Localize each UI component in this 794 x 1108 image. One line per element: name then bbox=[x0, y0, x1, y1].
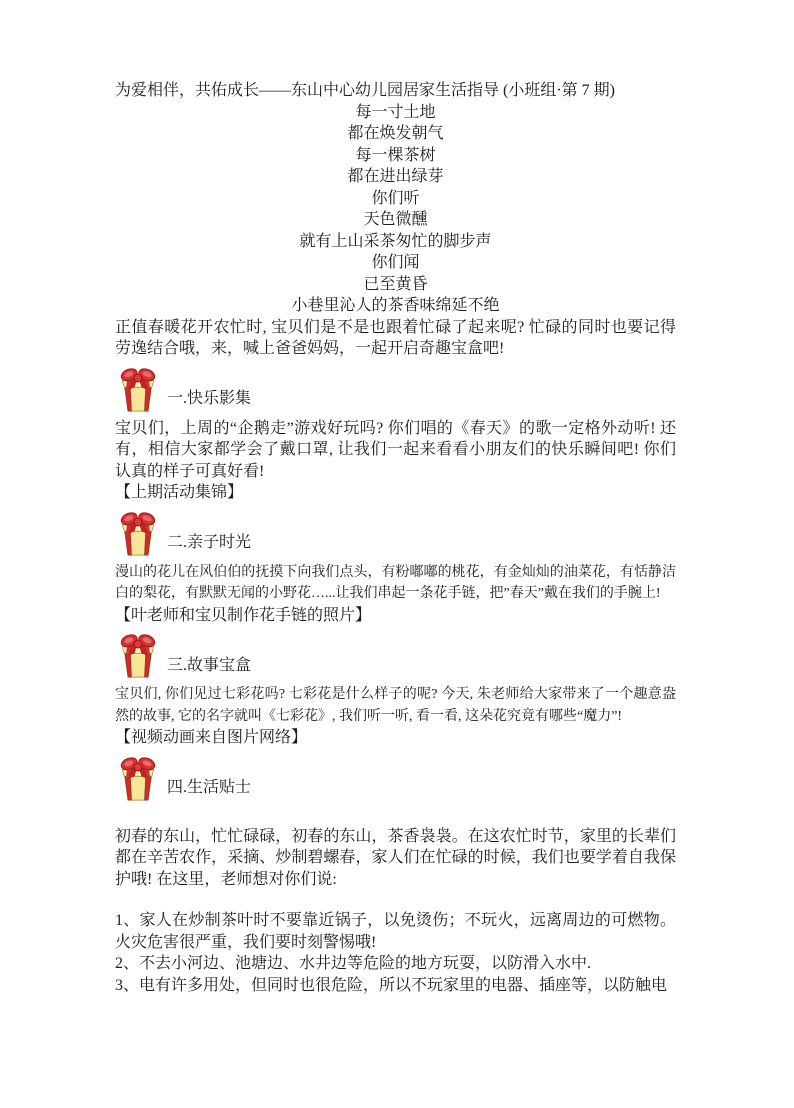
gift-icon bbox=[115, 511, 161, 557]
tips-list: 1、家人在炒制茶叶时不要靠近锅子，以免烫伤；不玩火，远离周边的可燃物。火灾危害很… bbox=[115, 910, 676, 996]
gift-icon bbox=[115, 756, 161, 802]
section-note: 【视频动画来自图片网络】 bbox=[115, 727, 676, 749]
poem-line: 都在焕发朝气 bbox=[115, 123, 676, 145]
tip-item: 2、不去小河边、池塘边、水井边等危险的地方玩耍，以防滑入水中. bbox=[115, 953, 676, 975]
section-heading: 四.生活贴士 bbox=[167, 777, 251, 802]
document-page: 为爱相伴，共佑成长——东山中心幼儿园居家生活指导 (小班组·第 7 期) 每一寸… bbox=[0, 0, 794, 1108]
section-note: 【上期活动集锦】 bbox=[115, 482, 676, 504]
poem: 每一寸土地 都在焕发朝气 每一棵茶树 都在进出绿芽 你们听 天色微醺 就有上山采… bbox=[115, 102, 676, 317]
section-heading-row-1: 一.快乐影集 bbox=[115, 365, 676, 413]
poem-line: 你们听 bbox=[115, 188, 676, 210]
gift-icon bbox=[115, 633, 161, 679]
section-heading: 二.亲子时光 bbox=[167, 532, 251, 557]
section-note: 【叶老师和宝贝制作花手链的照片】 bbox=[115, 605, 676, 627]
section-heading-row-3: 三.故事宝盒 bbox=[115, 631, 676, 679]
intro-paragraph: 正值春暖花开农忙时, 宝贝们是不是也跟着忙碌了起来呢? 忙碌的同时也要记得劳逸结… bbox=[115, 317, 676, 360]
poem-line: 就有上山采茶匆忙的脚步声 bbox=[115, 231, 676, 253]
section-paragraph: 宝贝们，上周的“企鹅走”游戏好玩吗? 你们唱的《春天》的歌一定格外动听! 还有，… bbox=[115, 418, 676, 483]
section-paragraph: 初春的东山，忙忙碌碌，初春的东山，茶香袅袅。在这农忙时节，家里的长辈们都在辛苦农… bbox=[115, 826, 676, 891]
tip-item: 3、电有许多用处，但同时也很危险，所以不玩家里的电器、插座等，以防触电 bbox=[115, 975, 676, 997]
section-heading: 三.故事宝盒 bbox=[167, 655, 251, 680]
poem-line: 小巷里沁人的茶香味绵延不绝 bbox=[115, 295, 676, 317]
poem-line: 每一寸土地 bbox=[115, 102, 676, 124]
section-heading: 一.快乐影集 bbox=[167, 388, 251, 413]
section-heading-row-4: 四.生活贴士 bbox=[115, 754, 676, 802]
section-paragraph: 漫山的花儿在风伯伯的抚摸下向我们点头，有粉嘟嘟的桃花，有金灿灿的油菜花，有恬静洁… bbox=[115, 562, 676, 605]
section-heading-row-2: 二.亲子时光 bbox=[115, 509, 676, 557]
poem-line: 天色微醺 bbox=[115, 209, 676, 231]
poem-line: 每一棵茶树 bbox=[115, 145, 676, 167]
gift-icon bbox=[115, 367, 161, 413]
poem-line: 已至黄昏 bbox=[115, 274, 676, 296]
tip-item: 1、家人在炒制茶叶时不要靠近锅子，以免烫伤；不玩火，远离周边的可燃物。火灾危害很… bbox=[115, 910, 676, 953]
poem-line: 你们闻 bbox=[115, 252, 676, 274]
section-paragraph: 宝贝们, 你们见过七彩花吗? 七彩花是什么样子的呢? 今天, 朱老师给大家带来了… bbox=[115, 684, 676, 727]
document-title: 为爱相伴，共佑成长——东山中心幼儿园居家生活指导 (小班组·第 7 期) bbox=[115, 80, 676, 102]
poem-line: 都在进出绿芽 bbox=[115, 166, 676, 188]
